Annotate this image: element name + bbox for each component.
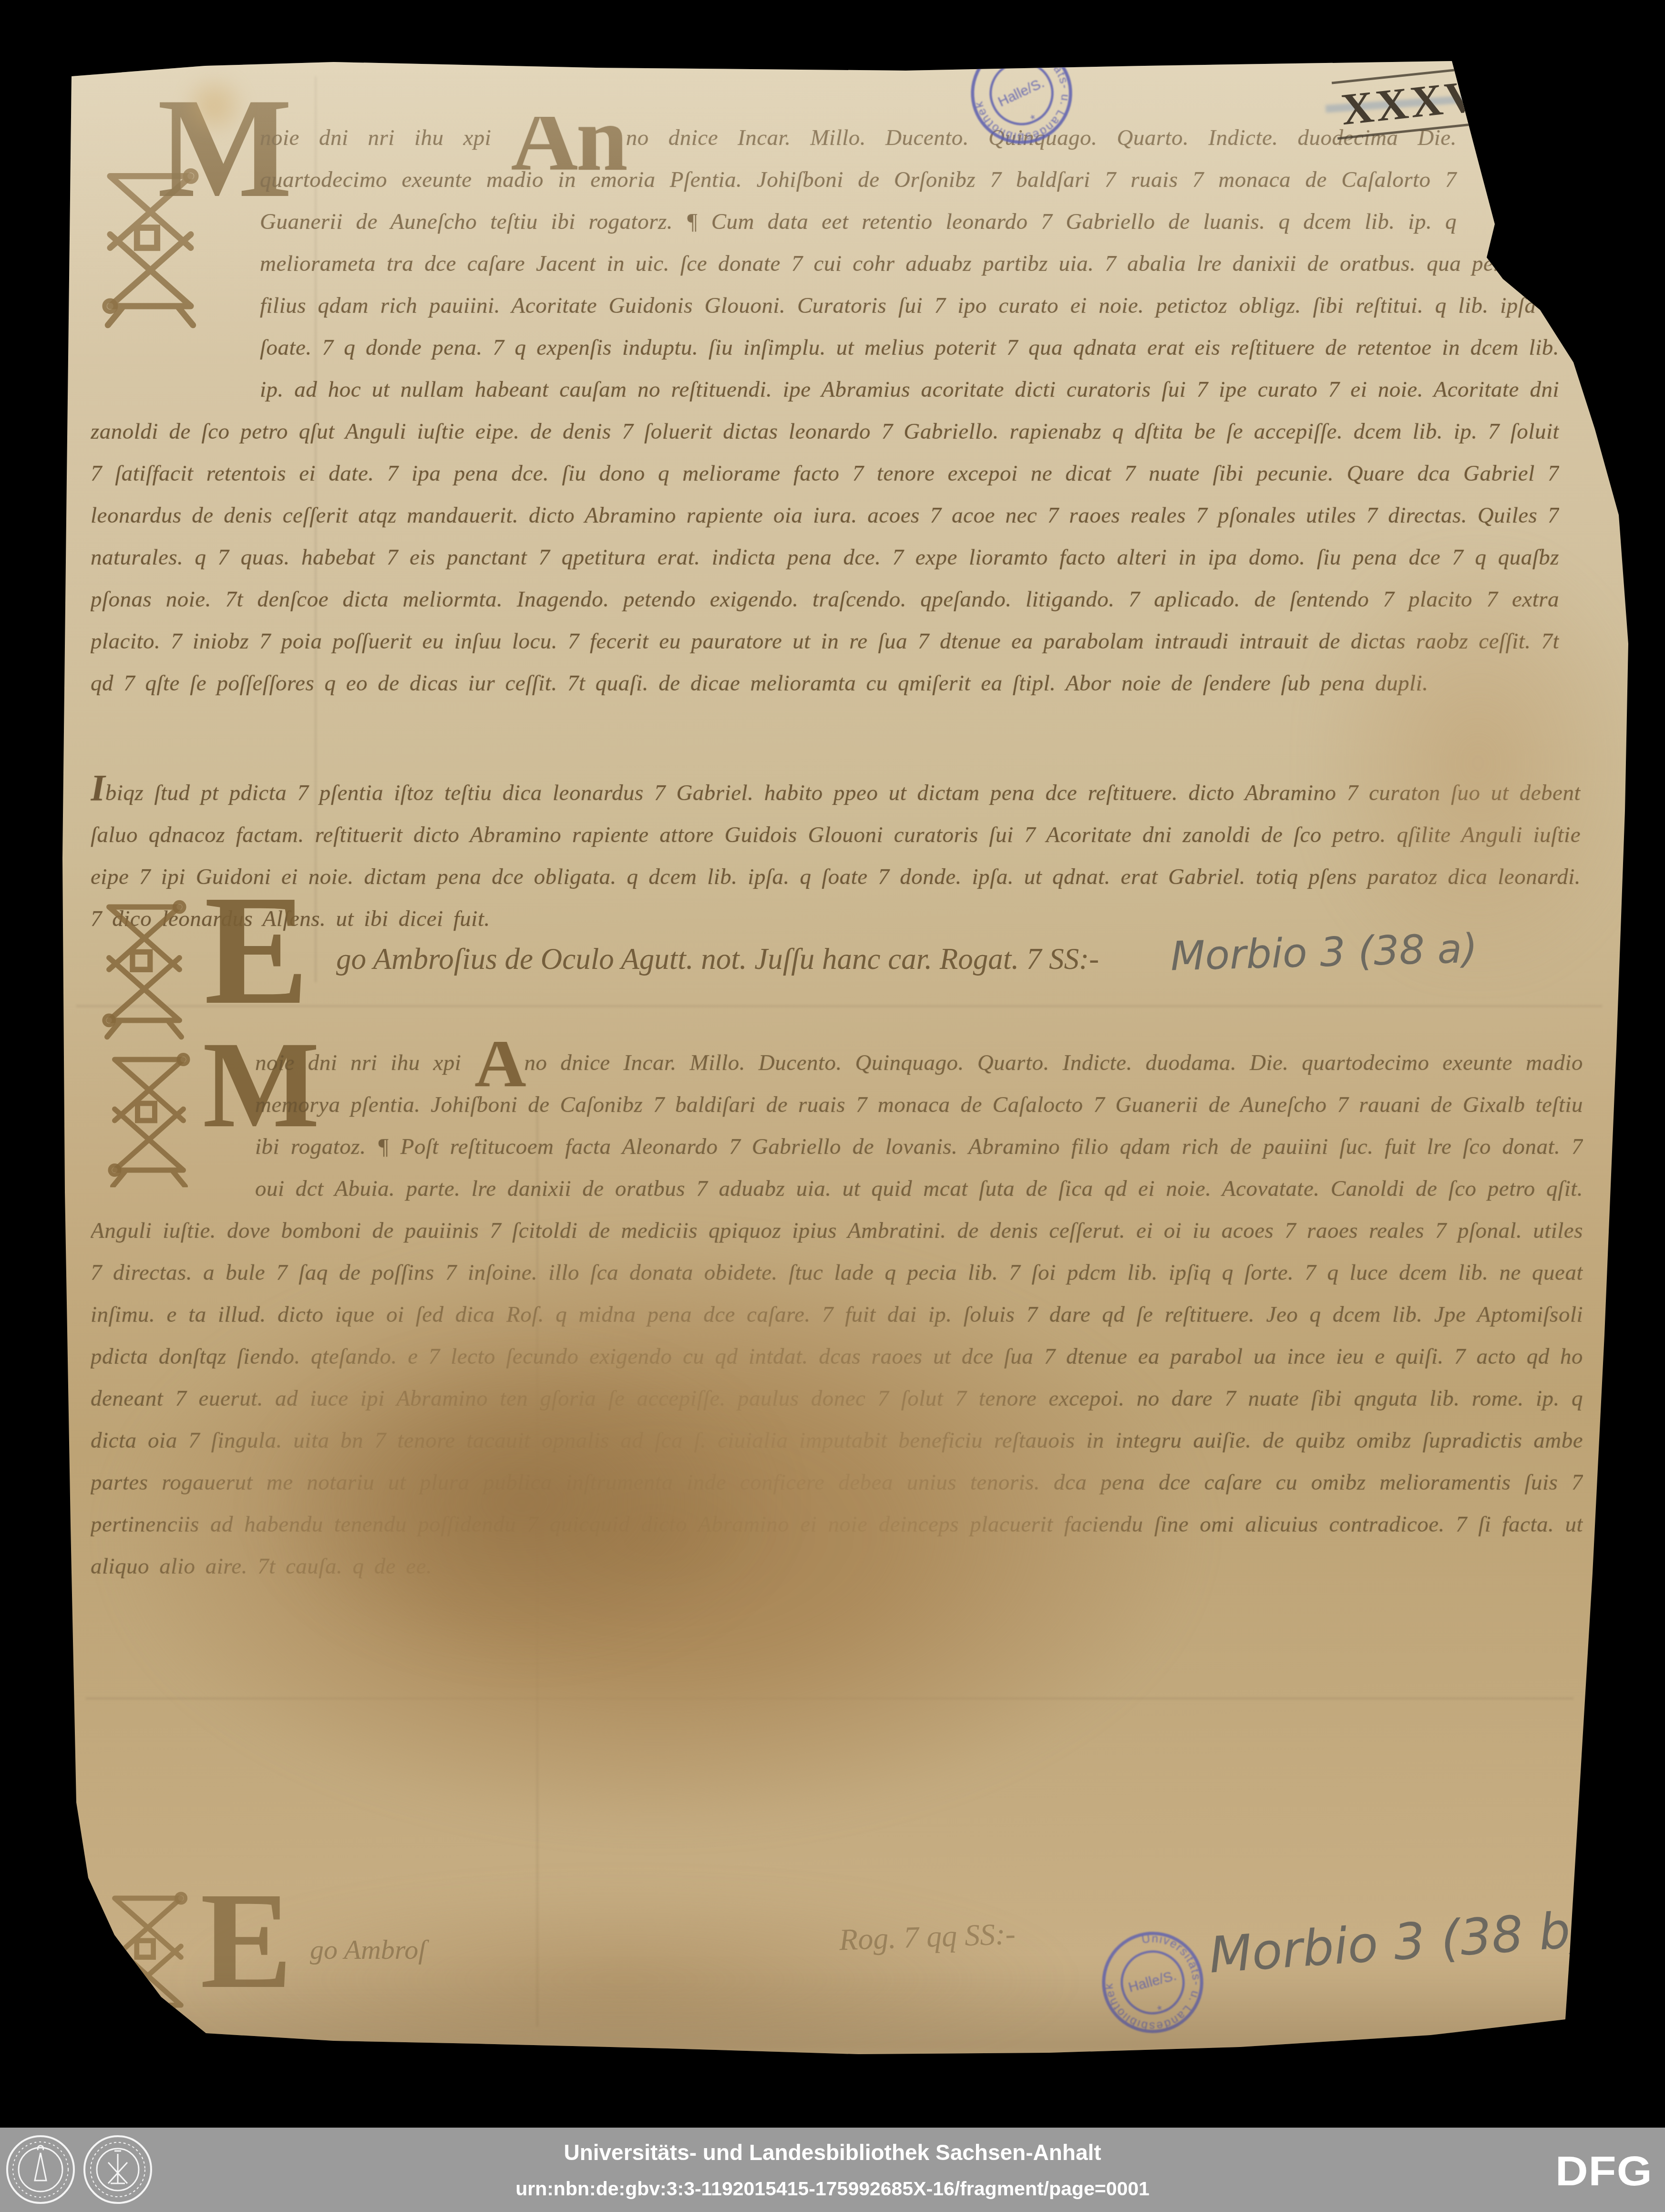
doc2-body: noie dni nri ihu xpi Ano dnice Incar. Mi… <box>91 1042 1583 1900</box>
institution-name: Universitäts- und Landesbibliothek Sachs… <box>564 2140 1101 2165</box>
doc1-initial-spacer <box>91 117 260 384</box>
bottom-center-fragment: Rog. 7 qq SS:- <box>839 1916 1016 1958</box>
doc1-opening: noie dni nri ihu xpi <box>260 125 511 150</box>
dfg-logo: DFG <box>1555 2147 1653 2195</box>
torn-corner-spacer <box>1457 117 1559 241</box>
scan-viewport: M noie dni nri ihu xpi Anno dnice Incar.… <box>0 0 1665 2212</box>
university-seal-icon <box>82 2134 154 2205</box>
folio-number: XXXVIII <box>1332 60 1549 140</box>
doc1-body: noie dni nri ihu xpi Anno dnice Incar. M… <box>91 117 1559 768</box>
stamp-center-text: Halle/S. <box>996 75 1047 110</box>
notary-signum-icon <box>95 886 193 1043</box>
doc2-body-text: no dnice Incar. Millo. Ducento. Quinquag… <box>91 1050 1583 1579</box>
footer-bar: Universitäts- und Landesbibliothek Sachs… <box>0 2128 1665 2212</box>
pencil-annotation-38b: Morbio 3 (38 b) <box>1207 1900 1592 1984</box>
doc1-item-paragraph: Ibiqz ſtud pt pdicta 7 pſentia iſtoz teſ… <box>91 767 1581 942</box>
doc2-opening: noie dni nri ihu xpi <box>255 1050 474 1075</box>
university-seal-icon <box>5 2134 76 2205</box>
doc1-subscription-text: go Ambroſius de Oculo Agutt. not. Juſſu … <box>336 942 1099 977</box>
footer-text-block: Universitäts- und Landesbibliothek Sachs… <box>515 2128 1150 2212</box>
doc2-subscription-initial: E <box>200 1874 292 2007</box>
parchment-document: M noie dni nri ihu xpi Anno dnice Incar.… <box>0 0 1665 2212</box>
doc2-subscription-text: go Ambroſ <box>310 1934 426 1965</box>
doc1-body-text: no dnice Incar. Millo. Ducento. Quinquag… <box>91 125 1559 696</box>
notary-signum-icon <box>100 1883 195 2022</box>
pencil-annotation-38a: Morbio 3 (38 a) <box>1170 925 1478 980</box>
doc2-initial-spacer <box>91 1042 255 1185</box>
urn-identifier: urn:nbn:de:gbv:3:3-1192015415-175992685X… <box>515 2178 1150 2200</box>
stamp-center-text: Halle/S. <box>1127 1968 1178 1996</box>
library-stamp-bottom-icon: Universitäts- u. Landesbibliothek Halle/… <box>1084 1914 1222 2051</box>
doc1-subscription-initial: E <box>204 876 309 1024</box>
